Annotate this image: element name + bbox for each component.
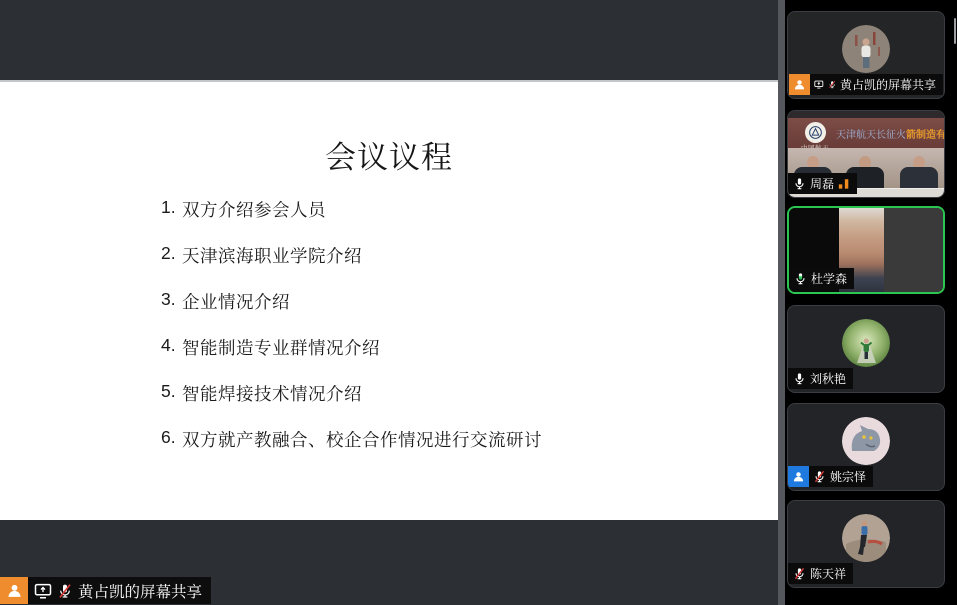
panel-divider[interactable]: [778, 0, 785, 605]
mic-icon: [793, 177, 806, 190]
presenter-badge: [789, 74, 810, 95]
share-chip-body: 黄占凯的屏幕共享: [28, 577, 211, 604]
video-banner: 中国航天 天津航天长征火箭制造有限: [788, 118, 945, 148]
participants-sidebar: 黄占凯的屏幕共享 中国航天 天津航天长征火箭制造有限: [785, 0, 957, 605]
participant-tile-zhoulei[interactable]: 中国航天 天津航天长征火箭制造有限: [787, 110, 945, 198]
agenda-item-4: 4. 智能制造专业群情况介绍: [161, 335, 380, 360]
participant-tile-liuqiuyan[interactable]: 刘秋艳: [787, 305, 945, 393]
tile-label: 姚宗怿: [788, 466, 873, 487]
banner-text: 天津航天长征火箭制造有限: [836, 126, 945, 141]
participant-tile-chentianxiang[interactable]: 陈天祥: [787, 500, 945, 588]
participant-tile-huangzhankai[interactable]: 黄占凯的屏幕共享: [787, 11, 945, 99]
mic-active-icon: [794, 272, 807, 285]
participant-tile-yaozongyi[interactable]: 姚宗怿: [787, 403, 945, 491]
person-icon: [6, 582, 23, 599]
share-banner-label: 黄占凯的屏幕共享: [78, 580, 202, 602]
avatar: [842, 319, 890, 367]
agenda-item-6: 6. 双方就产教融合、校企合作情况进行交流研讨: [161, 427, 542, 452]
person-badge: [788, 466, 809, 487]
participant-name: 黄占凯的屏幕共享: [840, 76, 936, 93]
avatar: [842, 417, 890, 465]
person-icon: [793, 78, 806, 91]
participant-name: 杜学森: [811, 270, 847, 287]
tile-label: 刘秋艳: [788, 368, 853, 389]
tile-label: 陈天祥: [788, 563, 853, 584]
participant-name: 陈天祥: [810, 565, 846, 582]
audio-level-icon: [838, 177, 850, 190]
meeting-window: 会议议程 1. 双方介绍参会人员 2. 天津滨海职业学院介绍 3. 企业情况介绍…: [0, 0, 957, 605]
tile-label: 黄占凯的屏幕共享: [789, 74, 943, 95]
agenda-item-2: 2. 天津滨海职业学院介绍: [161, 243, 362, 268]
screen-share-banner: 黄占凯的屏幕共享: [0, 577, 211, 604]
shared-screen-stage[interactable]: 会议议程 1. 双方介绍参会人员 2. 天津滨海职业学院介绍 3. 企业情况介绍…: [0, 0, 778, 605]
mic-muted-icon: [828, 78, 836, 91]
avatar-photo-rocks: [842, 514, 890, 562]
sidebar-scrollbar[interactable]: [954, 18, 956, 44]
agenda-item-3: 3. 企业情况介绍: [161, 289, 290, 314]
avatar-cartoon-cat: [842, 417, 890, 465]
avatar-photo-rock: [842, 25, 890, 73]
participant-name: 姚宗怿: [830, 468, 866, 485]
participant-tile-duxuesen[interactable]: 杜学森: [787, 206, 945, 294]
agenda-item-1: 1. 双方介绍参会人员: [161, 197, 326, 222]
agenda-item-5: 5. 智能焊接技术情况介绍: [161, 381, 362, 406]
participant-name: 周磊: [810, 175, 834, 192]
presenter-badge: [0, 577, 28, 604]
mic-icon: [793, 372, 806, 385]
screen-share-icon: [814, 78, 824, 91]
avatar: [842, 514, 890, 562]
participant-name: 刘秋艳: [810, 370, 846, 387]
attendee-figure: [900, 156, 938, 189]
avatar-photo-tunnel: [842, 319, 890, 367]
company-logo-icon: [805, 122, 826, 143]
slide-title: 会议议程: [0, 132, 778, 177]
presentation-slide: 会议议程 1. 双方介绍参会人员 2. 天津滨海职业学院介绍 3. 企业情况介绍…: [0, 82, 778, 520]
video-ceiling: [788, 111, 945, 118]
avatar: [842, 25, 890, 73]
screen-share-icon: [34, 583, 52, 599]
mic-muted-icon: [57, 583, 73, 599]
mic-muted-icon: [813, 470, 826, 483]
tile-label: 周磊: [788, 173, 857, 194]
video-letterbox-right: [884, 208, 945, 294]
shared-screen-top-bar: [0, 0, 778, 80]
mic-muted-icon: [793, 567, 806, 580]
person-icon: [792, 470, 805, 483]
tile-label: 杜学森: [789, 268, 854, 289]
